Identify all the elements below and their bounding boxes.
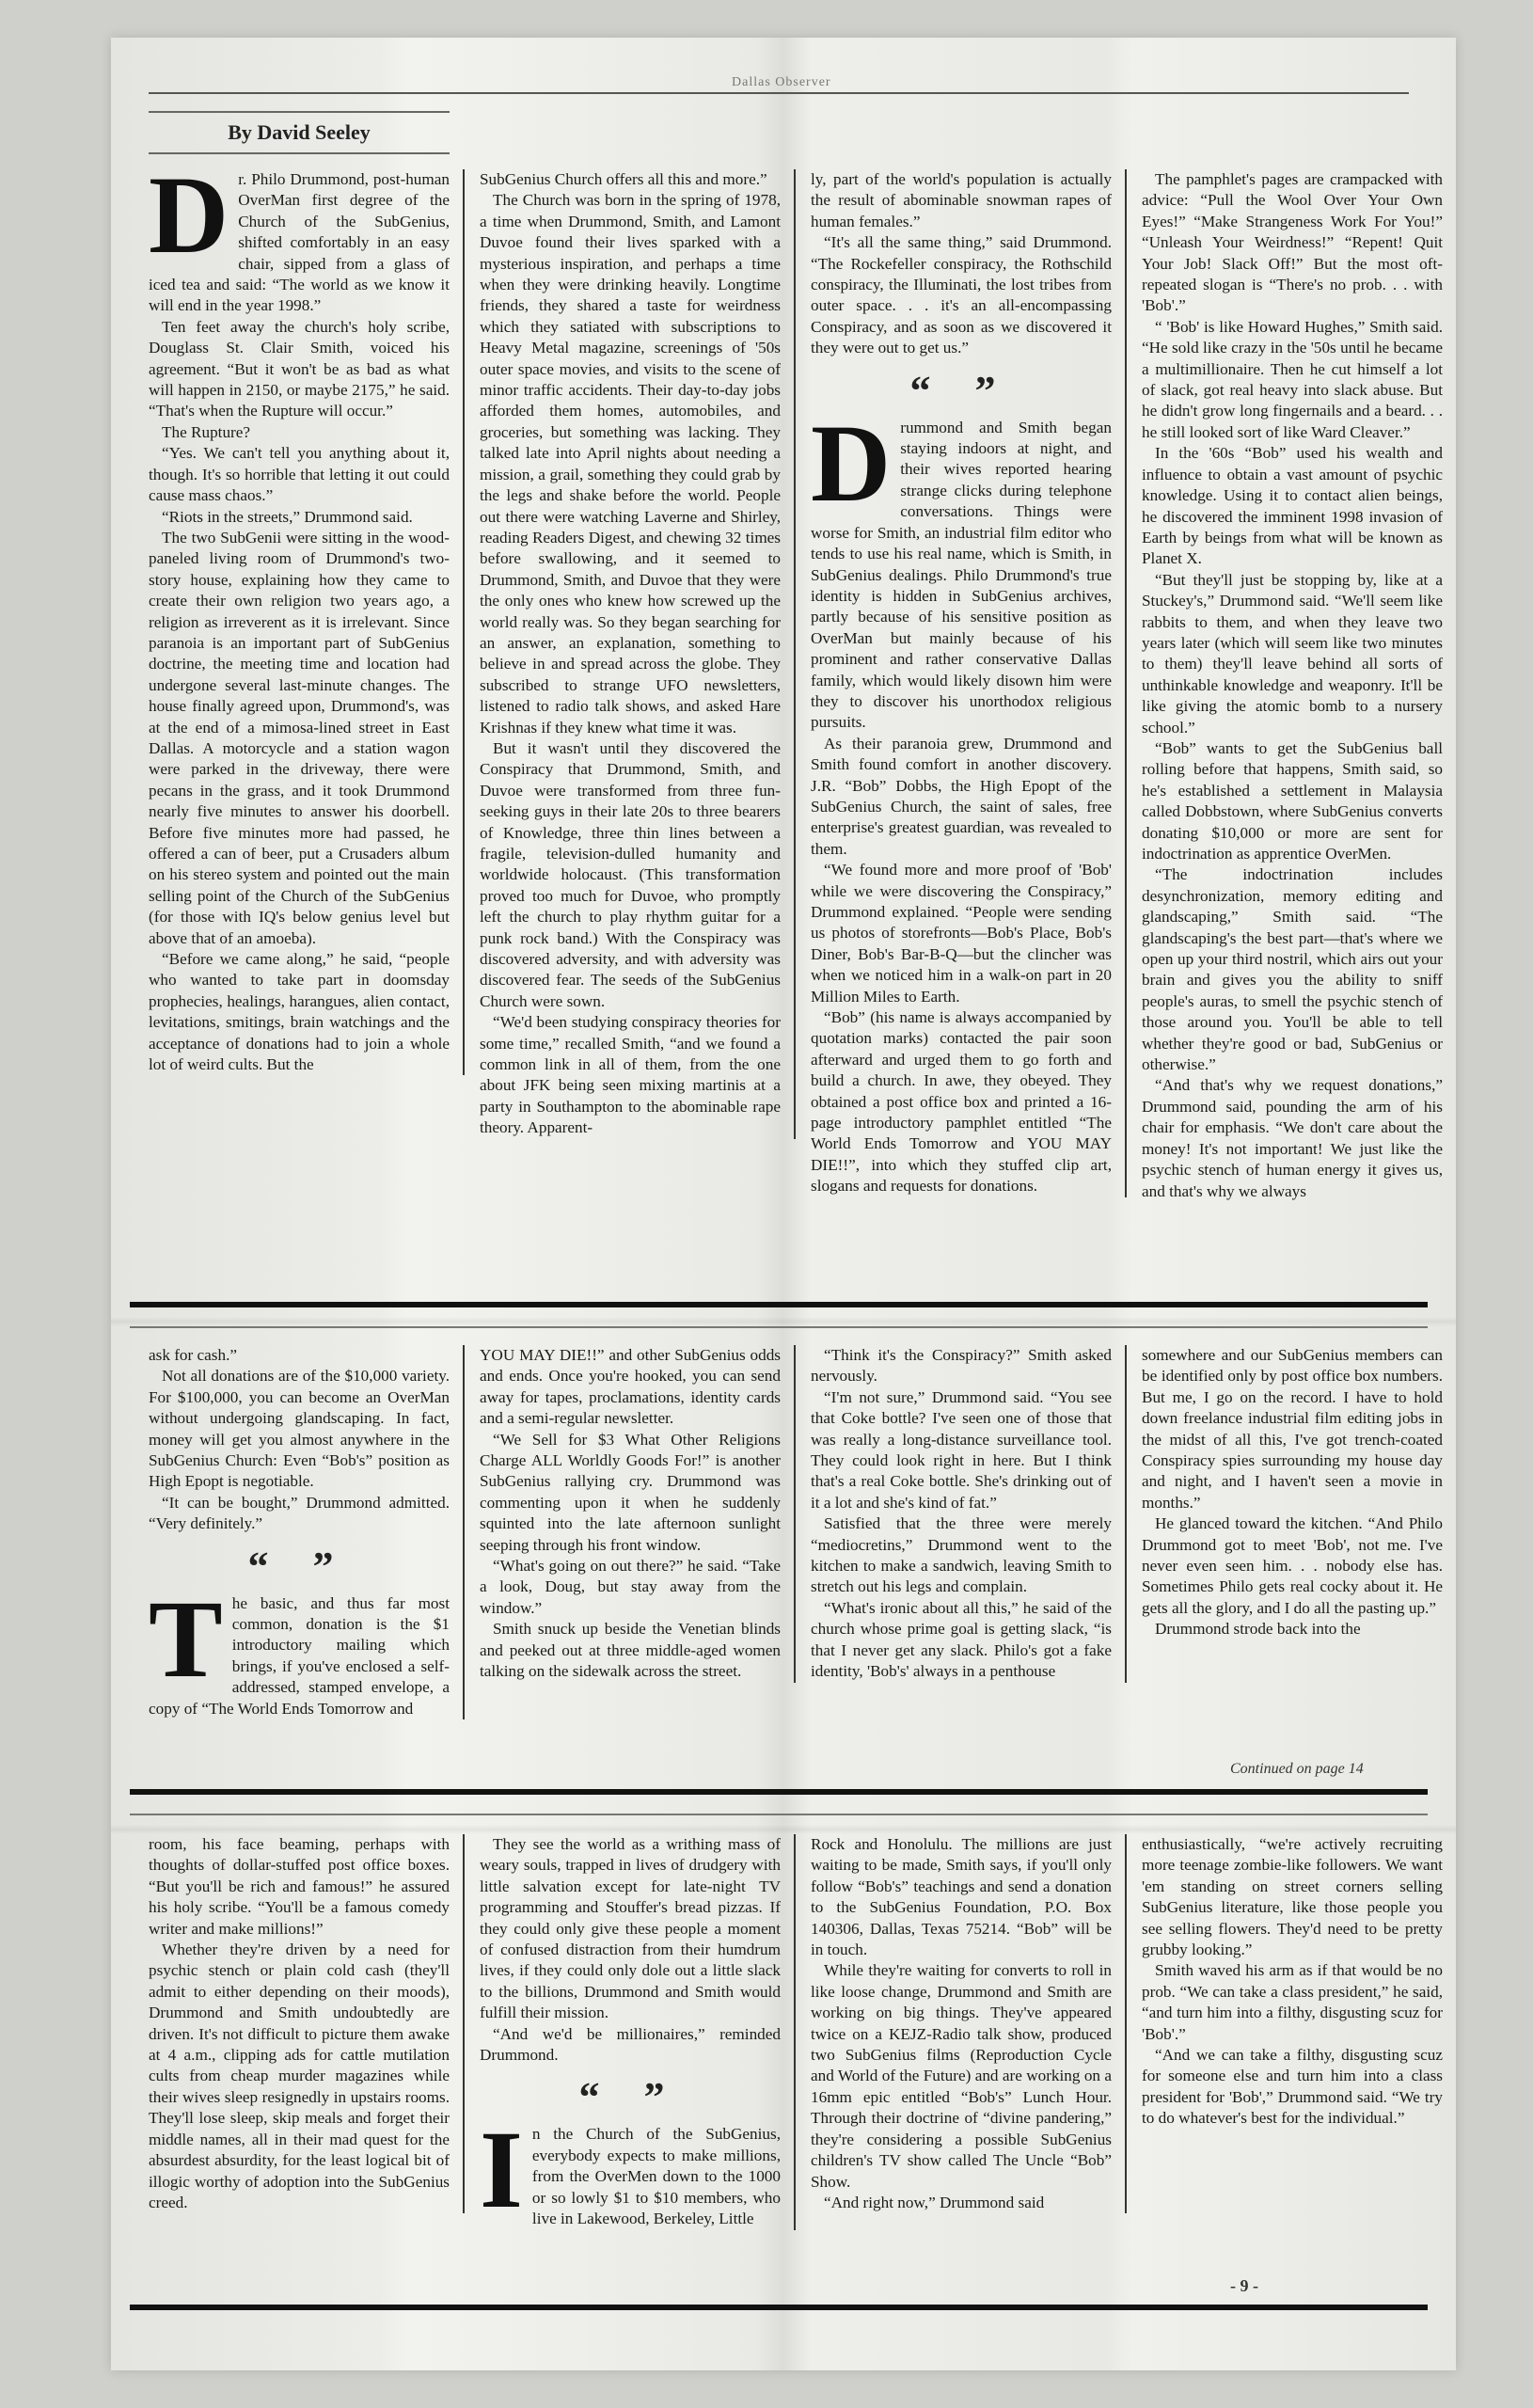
paragraph: “What's going on out there?” he said. “T… (480, 1556, 781, 1619)
paragraphs: The pamphlet's pages are crampacked with… (1142, 169, 1443, 1202)
byline: By David Seeley (149, 111, 450, 154)
column-rule (1125, 1345, 1127, 1683)
paragraphs: “Think it's the Conspiracy?” Smith asked… (811, 1345, 1112, 1683)
dropcap: D (811, 421, 891, 506)
paragraphs: ask for cash.”Not all donations are of t… (149, 1345, 450, 1535)
column-rule (794, 169, 796, 1139)
paragraph: “But they'll just be stopping by, like a… (1142, 570, 1443, 738)
paragraph: While they're waiting for converts to ro… (811, 1960, 1112, 2192)
paragraph: YOU MAY DIE!!” and other SubGenius odds … (480, 1345, 781, 1430)
paragraph: “I'm not sure,” Drummond said. “You see … (811, 1387, 1112, 1513)
paragraph: In the '60s “Bob” used his wealth and in… (1142, 443, 1443, 569)
paragraphs: somewhere and our SubGenius members can … (1142, 1345, 1443, 1640)
paragraph: “Think it's the Conspiracy?” Smith asked… (811, 1345, 1112, 1387)
paragraph: The Rupture? (149, 422, 450, 443)
paragraph: They see the world as a writhing mass of… (480, 1834, 781, 2024)
column-rule (463, 169, 465, 1075)
column-rule (463, 1345, 465, 1719)
paragraph: SubGenius Church offers all this and mor… (480, 169, 781, 190)
paragraph: “Bob” (his name is always accompanied by… (811, 1007, 1112, 1197)
paragraph: “ 'Bob' is like Howard Hughes,” Smith sa… (1142, 317, 1443, 443)
header-rule (149, 92, 1409, 94)
bottom-col-1: room, his face beaming, perhaps with tho… (149, 1834, 450, 2213)
paragraph: n the Church of the SubGenius, everybody… (480, 2124, 781, 2229)
bottom-col-3: Rock and Honolulu. The millions are just… (811, 1834, 1112, 2213)
section-divider (130, 1302, 1428, 1307)
paragraph: ask for cash.” (149, 1345, 450, 1366)
paragraph: As their paranoia grew, Drummond and Smi… (811, 734, 1112, 860)
paragraph: “And right now,” Drummond said (811, 2193, 1112, 2213)
paragraph: enthusiastically, “we're actively recrui… (1142, 1834, 1443, 1960)
paragraph: “Before we came along,” he said, “people… (149, 949, 450, 1075)
paragraphs: rummond and Smith began staying indoors … (811, 418, 1112, 1197)
top-col-1: D r. Philo Drummond, post-human OverMan … (149, 169, 450, 1075)
paragraph: “Yes. We can't tell you anything about i… (149, 443, 450, 506)
bottom-col-4: enthusiastically, “we're actively recrui… (1142, 1834, 1443, 2130)
paragraphs: Rock and Honolulu. The millions are just… (811, 1834, 1112, 2213)
newspaper-page: Dallas Observer By David Seeley D r. Phi… (111, 38, 1456, 2370)
section-divider-thin (130, 1814, 1428, 1815)
paragraphs: r. Philo Drummond, post-human OverMan fi… (149, 169, 450, 1075)
paragraph: “Bob” wants to get the SubGenius ball ro… (1142, 738, 1443, 864)
paragraph: “We Sell for $3 What Other Religions Cha… (480, 1430, 781, 1556)
column-rule (1125, 1834, 1127, 2213)
masthead: Dallas Observer (732, 75, 831, 90)
paragraph: “It's all the same thing,” said Drummond… (811, 232, 1112, 358)
paragraph: Whether they're driven by a need for psy… (149, 1940, 450, 2213)
paragraphs: n the Church of the SubGenius, everybody… (480, 2124, 781, 2229)
paragraph: Satisfied that the three were merely “me… (811, 1513, 1112, 1598)
paragraph: Smith waved his arm as if that would be … (1142, 1960, 1443, 2045)
middle-section: ask for cash.”Not all donations are of t… (139, 1345, 1428, 1778)
top-col-4: The pamphlet's pages are crampacked with… (1142, 169, 1443, 1202)
dropcap: I (480, 2128, 523, 2212)
column-rule (463, 1834, 465, 2213)
paragraph: ly, part of the world's population is ac… (811, 169, 1112, 232)
horizontal-fold (111, 1317, 1456, 1326)
paragraph: The Church was born in the spring of 197… (480, 190, 781, 738)
paragraph: “And we'd be millionaires,” reminded Dru… (480, 2024, 781, 2067)
paragraphs: room, his face beaming, perhaps with tho… (149, 1834, 450, 2213)
paragraph: He glanced toward the kitchen. “And Phil… (1142, 1513, 1443, 1619)
top-col-3: ly, part of the world's population is ac… (811, 169, 1112, 1197)
paragraph: Rock and Honolulu. The millions are just… (811, 1834, 1112, 1960)
section-divider-thin (130, 1326, 1428, 1328)
paragraph: “We'd been studying conspiracy theories … (480, 1012, 781, 1138)
middle-col-1: ask for cash.”Not all donations are of t… (149, 1345, 450, 1719)
middle-col-4: somewhere and our SubGenius members can … (1142, 1345, 1443, 1640)
paragraph: “Riots in the streets,” Drummond said. (149, 507, 450, 528)
paragraph: Not all donations are of the $10,000 var… (149, 1366, 450, 1492)
paragraph: room, his face beaming, perhaps with tho… (149, 1834, 450, 1940)
page-number: - 9 - (1230, 2276, 1258, 2296)
paragraph: “And that's why we request donations,” D… (1142, 1075, 1443, 1201)
horizontal-fold (111, 1825, 1456, 1834)
column-rule (794, 1834, 796, 2230)
paragraph: Smith snuck up beside the Venetian blind… (480, 1619, 781, 1682)
middle-col-3: “Think it's the Conspiracy?” Smith asked… (811, 1345, 1112, 1683)
bottom-rule (130, 2305, 1428, 2310)
bottom-section: room, his face beaming, perhaps with tho… (139, 1834, 1428, 2286)
paragraph: The pamphlet's pages are crampacked with… (1142, 169, 1443, 317)
paragraph: “And we can take a filthy, disgusting sc… (1142, 2045, 1443, 2130)
continued-note: Continued on page 14 (1230, 1761, 1364, 1778)
dropcap: D (149, 173, 229, 258)
paragraph: somewhere and our SubGenius members can … (1142, 1345, 1443, 1513)
section-divider (130, 1789, 1428, 1795)
paragraph: “It can be bought,” Drummond admitted. “… (149, 1493, 450, 1535)
paragraph: But it wasn't until they discovered the … (480, 738, 781, 1012)
paragraph: “The indoctrination includes desynchroni… (1142, 864, 1443, 1075)
paragraphs: SubGenius Church offers all this and mor… (480, 169, 781, 1139)
top-section: D r. Philo Drummond, post-human OverMan … (139, 169, 1428, 1317)
paragraphs: YOU MAY DIE!!” and other SubGenius odds … (480, 1345, 781, 1683)
paragraphs: ly, part of the world's population is ac… (811, 169, 1112, 359)
paragraphs: They see the world as a writhing mass of… (480, 1834, 781, 2066)
middle-col-2: YOU MAY DIE!!” and other SubGenius odds … (480, 1345, 781, 1683)
column-rule (794, 1345, 796, 1683)
paragraph: The two SubGenii were sitting in the woo… (149, 528, 450, 949)
paragraph: “What's ironic about all this,” he said … (811, 1598, 1112, 1683)
dropcap: T (149, 1597, 223, 1682)
paragraph: Ten feet away the church's holy scribe, … (149, 317, 450, 422)
paragraph: Drummond strode back into the (1142, 1619, 1443, 1640)
paragraph: “We found more and more proof of 'Bob' w… (811, 860, 1112, 1007)
column-rule (1125, 169, 1127, 1197)
top-col-2: SubGenius Church offers all this and mor… (480, 169, 781, 1139)
pullquote-marks: “ ” (480, 2077, 781, 2118)
paragraphs: enthusiastically, “we're actively recrui… (1142, 1834, 1443, 2130)
bottom-col-2: They see the world as a writhing mass of… (480, 1834, 781, 2230)
